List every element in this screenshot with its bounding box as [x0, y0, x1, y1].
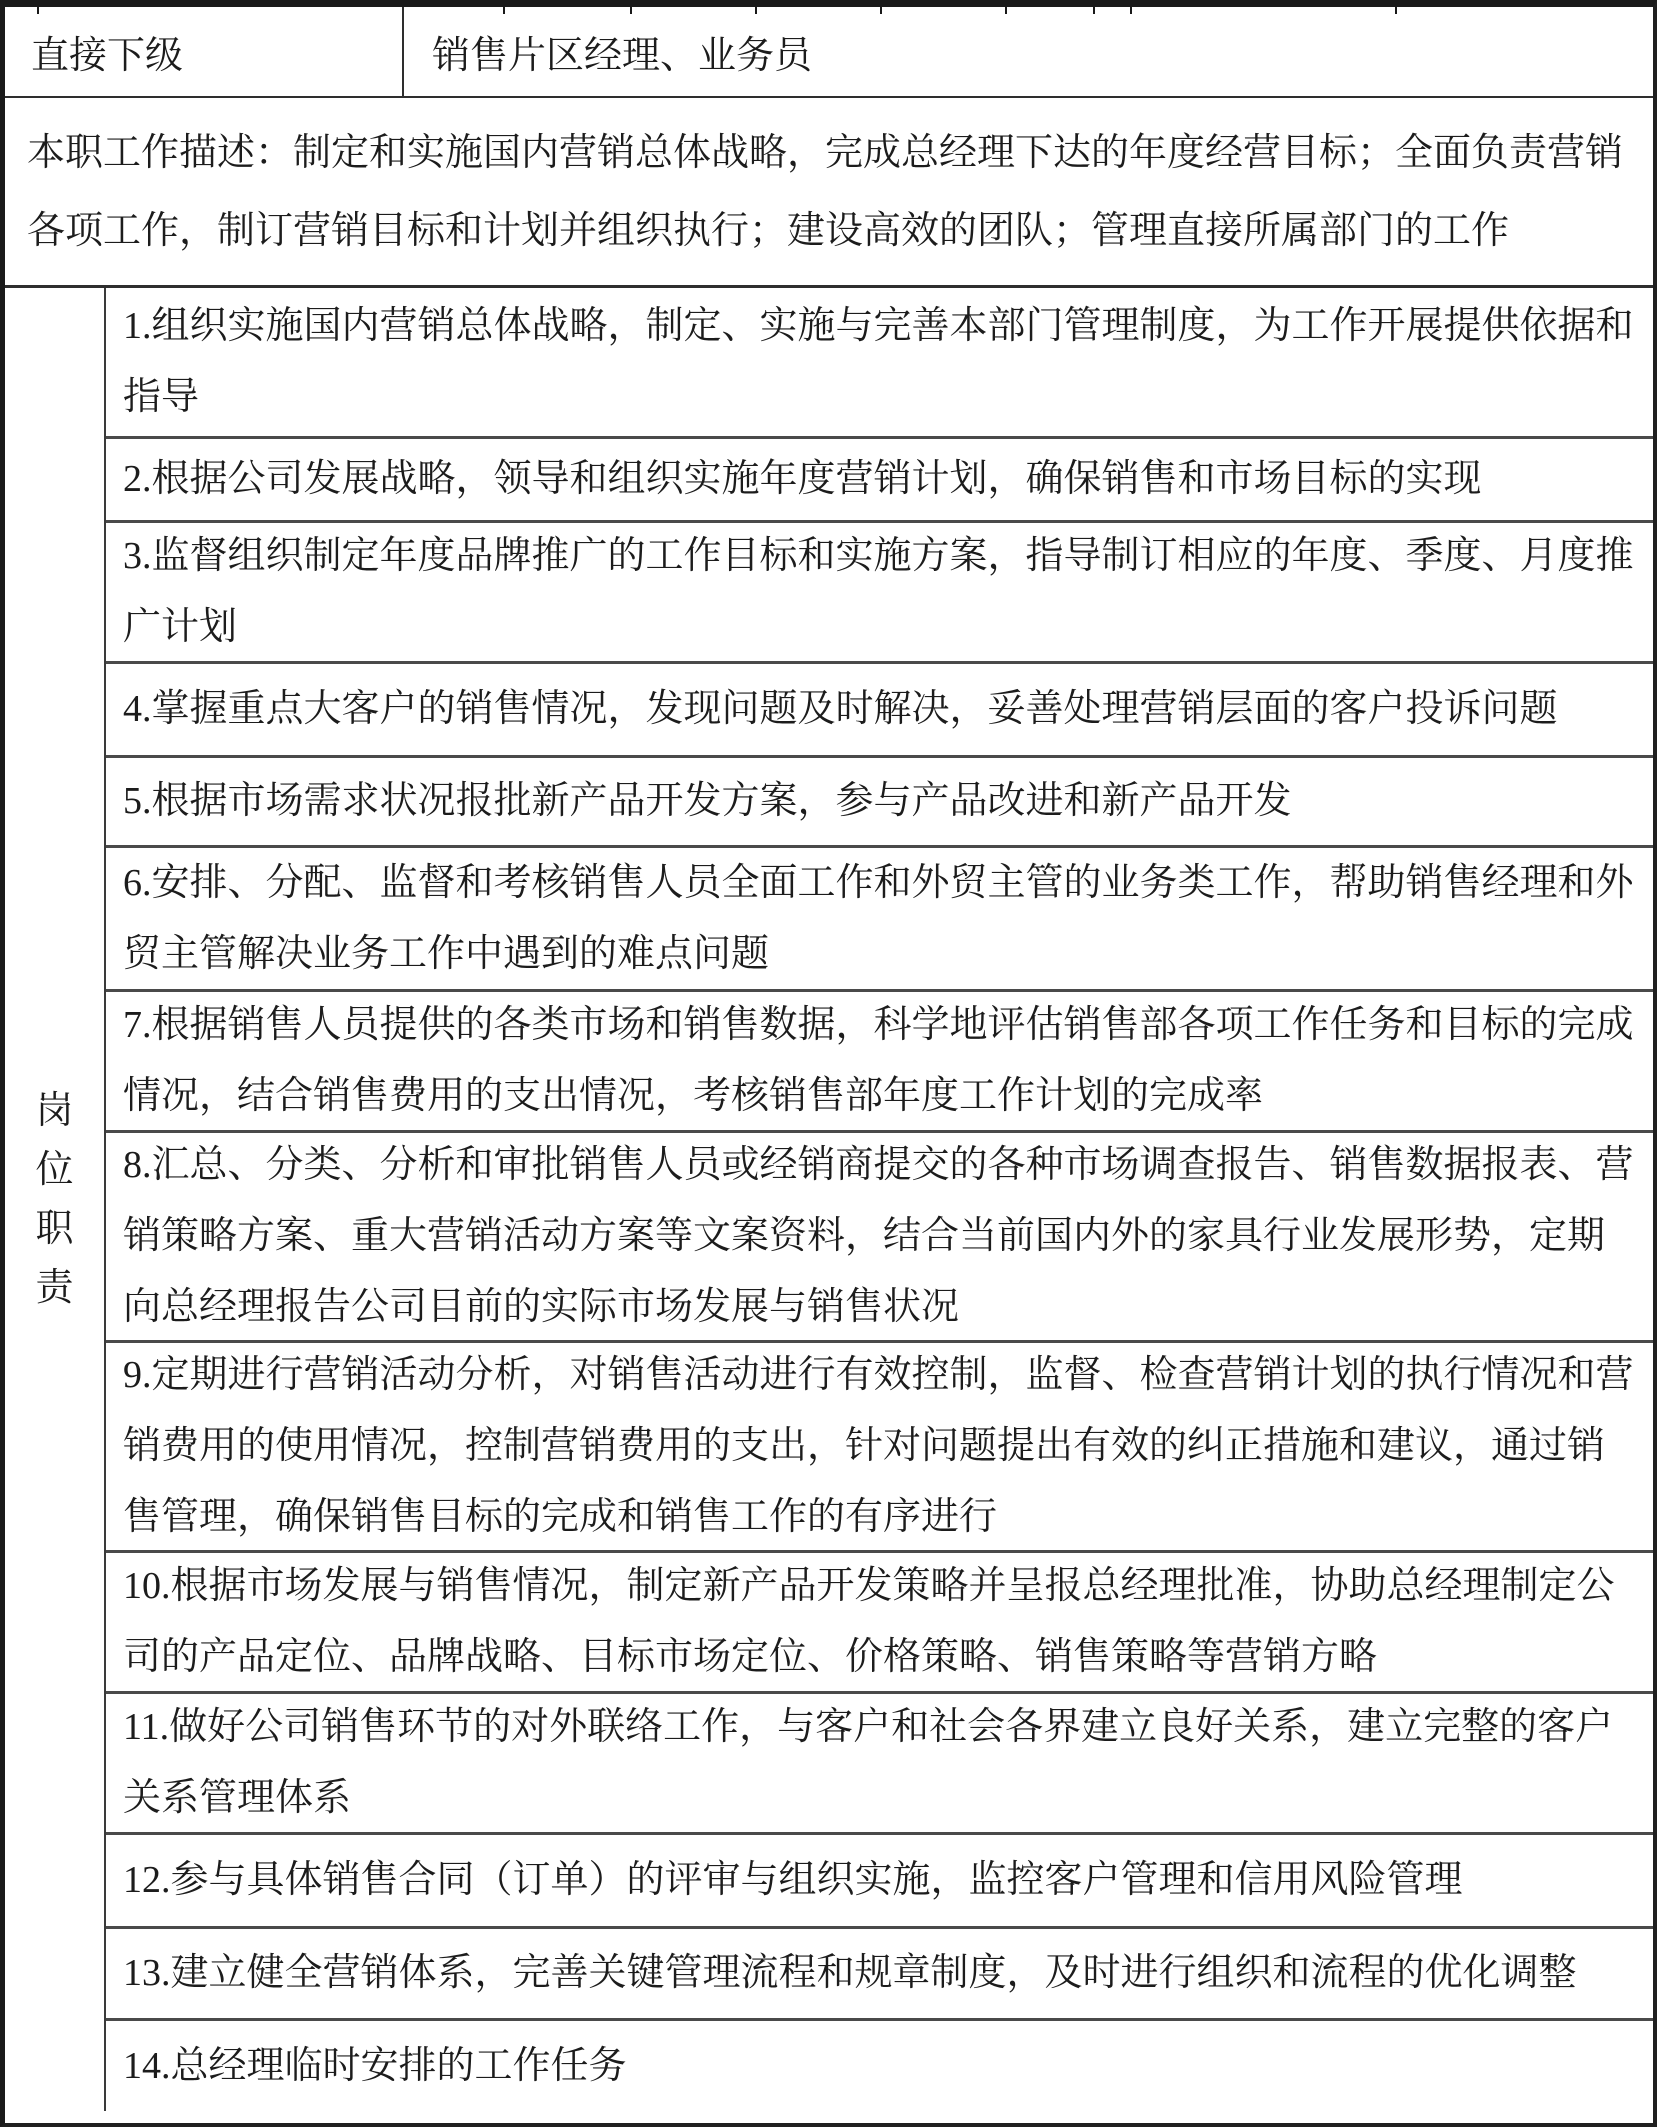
duty-item-text: 3.监督组织制定年度品牌推广的工作目标和实施方案，指导制订相应的年度、季度、月度…	[123, 521, 1639, 663]
duty-item-text: 14.总经理临时安排的工作任务	[123, 2031, 627, 2102]
duty-item-text: 5.根据市场需求状况报批新产品开发方案，参与产品改进和新产品开发	[123, 766, 1292, 837]
duty-item-text: 7.根据销售人员提供的各类市场和销售数据，科学地评估销售部各项工作任务和目标的完…	[123, 990, 1639, 1132]
duty-item: 5.根据市场需求状况报批新产品开发方案，参与产品改进和新产品开发	[106, 758, 1653, 848]
direct-subordinate-label: 直接下级	[5, 7, 404, 96]
duty-item-text: 1.组织实施国内营销总体战略，制定、实施与完善本部门管理制度，为工作开展提供依据…	[123, 291, 1639, 433]
duty-item: 11.做好公司销售环节的对外联络工作，与客户和社会各界建立良好关系，建立完整的客…	[106, 1694, 1653, 1835]
duty-item-text: 6.安排、分配、监督和考核销售人员全面工作和外贸主管的业务类工作，帮助销售经理和…	[123, 848, 1639, 990]
duty-item: 9.定期进行营销活动分析，对销售活动进行有效控制，监督、检查营销计划的执行情况和…	[106, 1343, 1653, 1553]
top-tick-mark	[503, 7, 505, 14]
duty-item: 13.建立健全营销体系，完善关键管理流程和规章制度，及时进行组织和流程的优化调整	[106, 1929, 1653, 2021]
duty-item: 10.根据市场发展与销售情况，制定新产品开发策略并呈报总经理批准，协助总经理制定…	[106, 1553, 1653, 1694]
duty-item-text: 10.根据市场发展与销售情况，制定新产品开发策略并呈报总经理批准，协助总经理制定…	[123, 1551, 1639, 1693]
duties-list: 1.组织实施国内营销总体战略，制定、实施与完善本部门管理制度，为工作开展提供依据…	[106, 288, 1653, 2111]
duty-item: 6.安排、分配、监督和考核销售人员全面工作和外贸主管的业务类工作，帮助销售经理和…	[106, 848, 1653, 992]
duty-item: 3.监督组织制定年度品牌推广的工作目标和实施方案，指导制订相应的年度、季度、月度…	[106, 523, 1653, 664]
duty-item-text: 2.根据公司发展战略，领导和组织实施年度营销计划，确保销售和市场目标的实现	[123, 444, 1482, 515]
duties-column-label: 岗位职责	[5, 288, 106, 2111]
top-tick-mark	[1005, 7, 1007, 14]
top-tick-mark	[37, 7, 39, 14]
duties-column-label-char: 职	[35, 1200, 73, 1259]
duty-item: 14.总经理临时安排的工作任务	[106, 2021, 1653, 2111]
direct-subordinate-row: 直接下级 销售片区经理、业务员	[5, 7, 1653, 98]
duty-item: 8.汇总、分类、分析和审批销售人员或经销商提交的各种市场调查报告、销售数据报表、…	[106, 1133, 1653, 1343]
top-tick-mark	[1395, 7, 1397, 14]
duty-item-text: 8.汇总、分类、分析和审批销售人员或经销商提交的各种市场调查报告、销售数据报表、…	[123, 1130, 1639, 1343]
duty-item: 12.参与具体销售合同（订单）的评审与组织实施，监控客户管理和信用风险管理	[106, 1835, 1653, 1929]
top-tick-mark	[1130, 7, 1132, 14]
duty-item-text: 13.建立健全营销体系，完善关键管理流程和规章制度，及时进行组织和流程的优化调整	[123, 1938, 1577, 2009]
duty-item: 7.根据销售人员提供的各类市场和销售数据，科学地评估销售部各项工作任务和目标的完…	[106, 992, 1653, 1133]
job-description-table: 直接下级 销售片区经理、业务员 本职工作描述：制定和实施国内营销总体战略，完成总…	[0, 0, 1657, 2127]
duties-section: 岗位职责 1.组织实施国内营销总体战略，制定、实施与完善本部门管理制度，为工作开…	[5, 288, 1653, 2111]
duty-item: 4.掌握重点大客户的销售情况，发现问题及时解决，妥善处理营销层面的客户投诉问题	[106, 664, 1653, 758]
top-tick-mark	[880, 7, 882, 14]
job-description-text: 本职工作描述：制定和实施国内营销总体战略，完成总经理下达的年度经营目标；全面负责…	[5, 98, 1653, 288]
duty-item-text: 12.参与具体销售合同（订单）的评审与组织实施，监控客户管理和信用风险管理	[123, 1845, 1463, 1916]
duties-column-label-char: 岗	[35, 1082, 73, 1141]
duty-item: 1.组织实施国内营销总体战略，制定、实施与完善本部门管理制度，为工作开展提供依据…	[106, 288, 1653, 439]
direct-subordinate-value: 销售片区经理、业务员	[404, 7, 1653, 96]
duty-item-text: 11.做好公司销售环节的对外联络工作，与客户和社会各界建立良好关系，建立完整的客…	[123, 1692, 1639, 1834]
duties-column-label-char: 位	[35, 1141, 73, 1200]
top-tick-mark	[1093, 7, 1095, 14]
top-tick-mark	[630, 7, 632, 14]
duties-column-label-char: 责	[35, 1259, 73, 1318]
duty-item-text: 4.掌握重点大客户的销售情况，发现问题及时解决，妥善处理营销层面的客户投诉问题	[123, 674, 1558, 745]
duty-item-text: 9.定期进行营销活动分析，对销售活动进行有效控制，监督、检查营销计划的执行情况和…	[123, 1340, 1639, 1553]
top-tick-mark	[755, 7, 757, 14]
duty-item: 2.根据公司发展战略，领导和组织实施年度营销计划，确保销售和市场目标的实现	[106, 439, 1653, 523]
